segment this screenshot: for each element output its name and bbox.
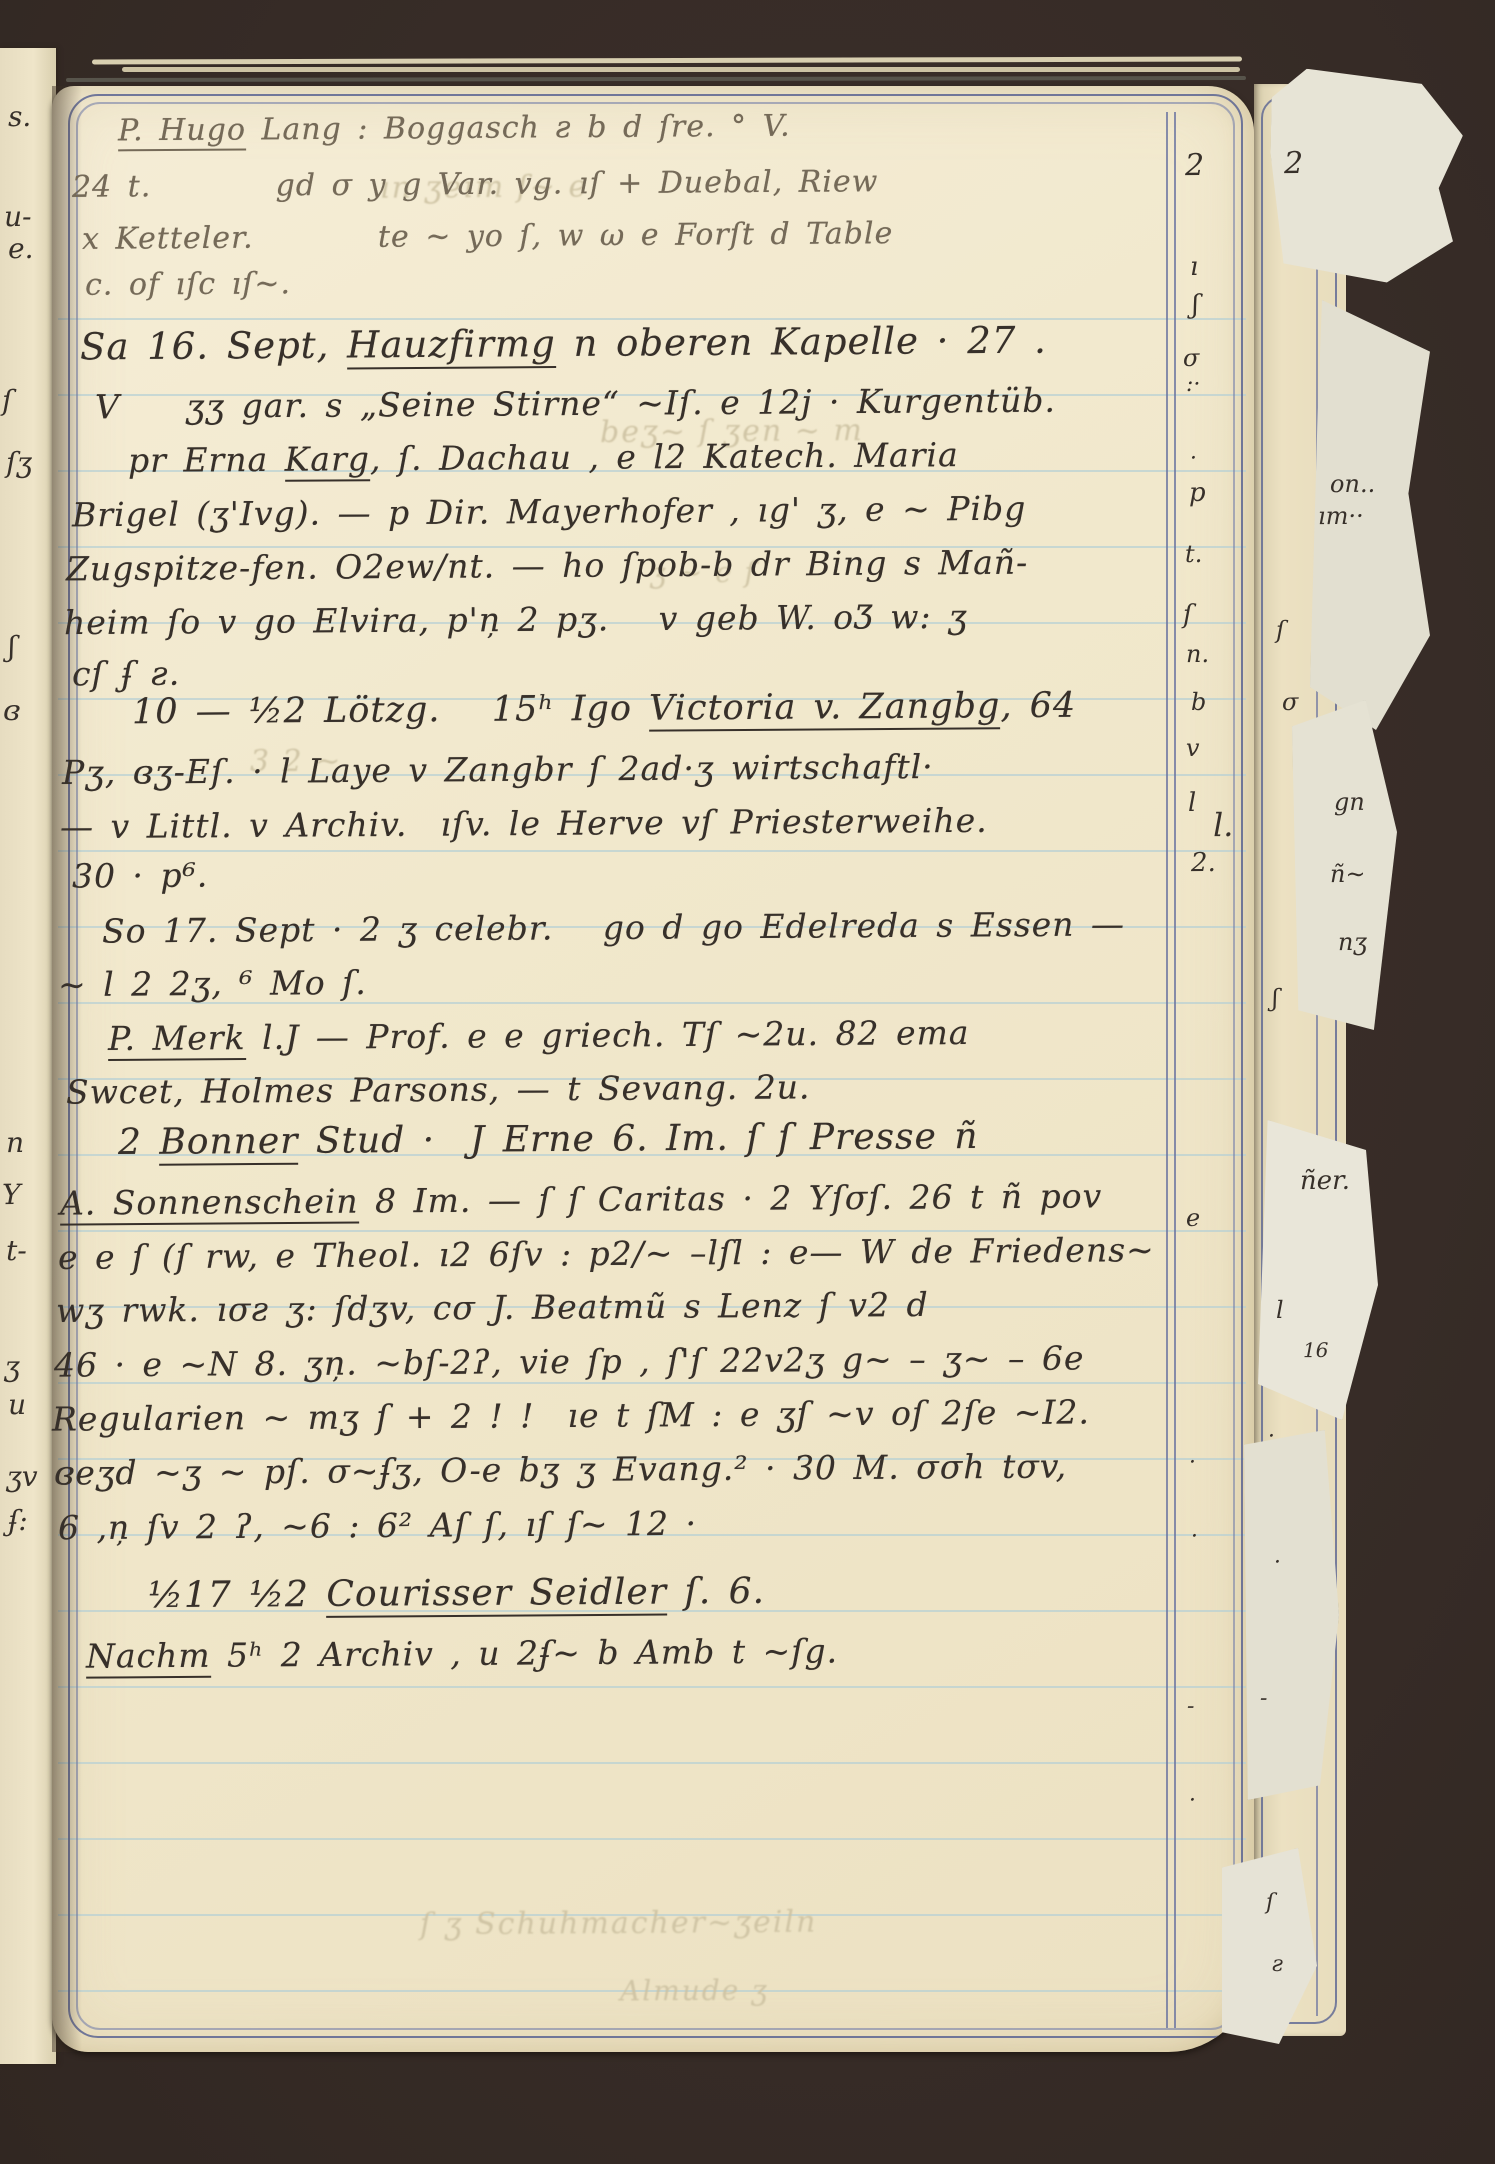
margin-rule-line <box>1174 112 1176 2028</box>
edge-text-fragment: ſ <box>1266 1890 1274 1915</box>
ghost-text-line: Almude ʒ <box>620 1973 769 2007</box>
edge-text-fragment: ƨ <box>1272 1952 1283 1977</box>
margin-mark: · <box>1189 1450 1196 1475</box>
margin-mark: e <box>1186 1204 1200 1232</box>
edge-text-fragment: ſ <box>1276 616 1285 644</box>
edge-text-fragment: ɞ <box>3 694 20 727</box>
handwritten-line: 6 ,ņ ſv 2 ʔ, ~6 : 6² Aſ ſ, ıſ ſ~ 12 · <box>58 1506 697 1547</box>
handwritten-line: V ʒʒ gar. s „Seine Stirne“ ~Iſ. e 12j · … <box>95 383 1056 426</box>
margin-mark: t. <box>1185 540 1202 568</box>
margin-mark: 2 <box>1185 148 1204 183</box>
margin-mark: l. <box>1213 806 1234 844</box>
handwritten-line: wʒ rwk. ıσƨ ʒ: ſdʒv, cσ J. Beatmũ s Lenz… <box>56 1287 929 1329</box>
margin-mark: n. <box>1186 640 1209 668</box>
handwritten-line: So 17. Sept · 2 ʒ celebr. go d go Edelre… <box>102 906 1125 949</box>
edge-text-fragment: ʒ <box>4 1350 20 1383</box>
margin-mark: v <box>1186 734 1200 762</box>
margin-mark: - <box>1187 1694 1195 1719</box>
handwritten-line: heim ſo v go Elvira, p'ņ 2 pʒ. v geb W. … <box>64 599 968 642</box>
edge-text-fragment: ſ <box>2 384 13 417</box>
handwritten-line: x Ketteler. te ~ yo ſ, w ω e Forſt d Tab… <box>82 217 893 256</box>
handwritten-line: Swcet, Holmes Parsons, — t Sevang. 2u. <box>66 1069 811 1110</box>
handwritten-line: c. of ıſc ıſ~. <box>85 267 291 301</box>
edge-text-fragment: ſʒ <box>6 446 32 479</box>
handwritten-line: ½17 ½2 Courisser Seidler ſ. 6. <box>148 1572 765 1616</box>
handwritten-line: ~ l 2 2ʒ, ⁶ Mo ſ. <box>58 965 367 1003</box>
edge-text-fragment: nʒ <box>1338 928 1367 956</box>
handwritten-line: cſ ʄ ƨ. <box>72 656 181 693</box>
margin-mark: 2. <box>1191 848 1216 878</box>
margin-mark: · <box>1190 446 1197 471</box>
handwritten-line: Brigel (ʒ'Ivg). — p Dir. Mayerhofer , ıg… <box>72 491 1027 534</box>
page-stack-edge <box>122 67 1240 72</box>
handwritten-line: A. Sonnenschein 8 Im. — ſ ſ Caritas · 2 … <box>60 1178 1102 1222</box>
margin-mark: l <box>1188 788 1197 818</box>
margin-mark: :· <box>1186 372 1201 397</box>
margin-mark: p <box>1189 478 1206 508</box>
edge-text-fragment: · <box>1268 1424 1275 1449</box>
edge-text-fragment: ñ~ <box>1330 860 1366 888</box>
margin-mark: ʃ <box>1192 290 1199 320</box>
previous-page-edge <box>0 48 56 2064</box>
handwritten-line: e e ſ (ſ rw, e Theol. ı2 6ſv : p2/~ –lſl… <box>58 1232 1155 1276</box>
edge-text-fragment: on.. <box>1330 470 1375 498</box>
margin-mark: ſ <box>1183 600 1193 630</box>
edge-text-fragment: s. <box>8 100 32 133</box>
edge-text-fragment: gn <box>1334 788 1365 816</box>
handwritten-line: 24 t. gd σ y g Var. vg. ıſ + Duebal, Rie… <box>72 165 879 204</box>
edge-text-fragment: e. <box>8 232 34 265</box>
edge-text-fragment: u- <box>4 200 32 233</box>
edge-text-fragment: 2 <box>1284 146 1303 181</box>
photo-backdrop: ın ʒeım ſ~ ebeʒ~ ſ ʒen ~ mʒ ~ e ſ3 2 ~ſ … <box>0 0 1495 2164</box>
margin-rule-line <box>1166 112 1168 2028</box>
edge-text-fragment: l <box>1276 1296 1284 1324</box>
handwritten-line: Regularien ~ mʒ ſ + 2 ! ! ıe t ſM : e ʒſ… <box>52 1394 1090 1438</box>
edge-text-fragment: ʃ <box>1272 984 1279 1012</box>
edge-text-fragment: · <box>1274 1550 1281 1575</box>
handwritten-line: Nachm 5ʰ 2 Archiv , u 2ʄ~ b Amb t ~ſg. <box>86 1633 838 1675</box>
edge-text-fragment: n <box>6 1126 24 1159</box>
edge-text-fragment: ʒv <box>6 1460 38 1493</box>
page-stack-edge <box>66 76 1246 82</box>
handwritten-line: pr Erna Karg, ſ. Dachau , e l2 Katech. M… <box>128 437 959 479</box>
handwritten-line: 30 · p⁶. <box>72 858 209 895</box>
edge-text-fragment: Y <box>2 1178 21 1211</box>
ghost-text-line: ſ ʒ Schuhmacher~ʒeiln <box>420 1905 818 1943</box>
edge-text-fragment: - <box>1260 1686 1268 1711</box>
handwritten-line: Sa 16. Sept, Hauzfirmg n oberen Kapelle … <box>80 321 1047 368</box>
edge-text-fragment: σ <box>1282 688 1299 716</box>
edge-text-fragment: u <box>8 1388 26 1421</box>
margin-mark: ı <box>1190 252 1199 282</box>
page-stack-edge <box>92 56 1242 64</box>
edge-text-fragment: ñer. <box>1300 1166 1350 1196</box>
handwritten-line: ɞeʒd ~ʒ ~ pſ. σ~ʄʒ, O-e bʒ ʒ Evang.² · 3… <box>54 1448 1067 1491</box>
handwritten-line: 10 — ½2 Lötzg. 15ʰ Igo Victoria v. Zangb… <box>132 687 1076 732</box>
handwritten-line: P. Hugo Lang : Boggasch ƨ b d ſre. ° V. <box>118 110 791 148</box>
margin-mark: b <box>1191 688 1207 716</box>
handwritten-line: Zugspitze-fen. O2ew/nt. — ho ſpob-b dr B… <box>66 545 1028 588</box>
margin-mark: · <box>1191 1524 1198 1549</box>
edge-text-fragment: ım·· <box>1318 502 1364 530</box>
edge-text-fragment: ʃ <box>8 630 16 663</box>
handwritten-line: 46 · e ~N 8. ʒņ. ~bſ-2ʔ, vie ſp , ſ'ſ 22… <box>54 1340 1085 1383</box>
handwritten-line: 2 Bonner Stud · J Erne 6. Im. ſ ſ Presse… <box>118 1117 979 1163</box>
margin-mark: σ <box>1183 344 1200 372</box>
handwritten-line: — v Littl. v Archiv. ıſv. le Herve vſ Pr… <box>60 803 988 846</box>
edge-text-fragment: ʄ: <box>8 1504 28 1537</box>
margin-mark: · <box>1189 1788 1196 1813</box>
handwritten-line: Pʒ, ɞʒ-Eſ. · l Laye v Zangbr ſ 2ad·ʒ wir… <box>62 749 934 791</box>
tape-patch <box>1258 1120 1378 1420</box>
handwritten-line: P. Merk l.J — Prof. e e griech. Tſ ~2u. … <box>108 1015 970 1057</box>
edge-text-fragment: t- <box>6 1234 27 1267</box>
edge-text-fragment: 16 <box>1303 1338 1329 1362</box>
